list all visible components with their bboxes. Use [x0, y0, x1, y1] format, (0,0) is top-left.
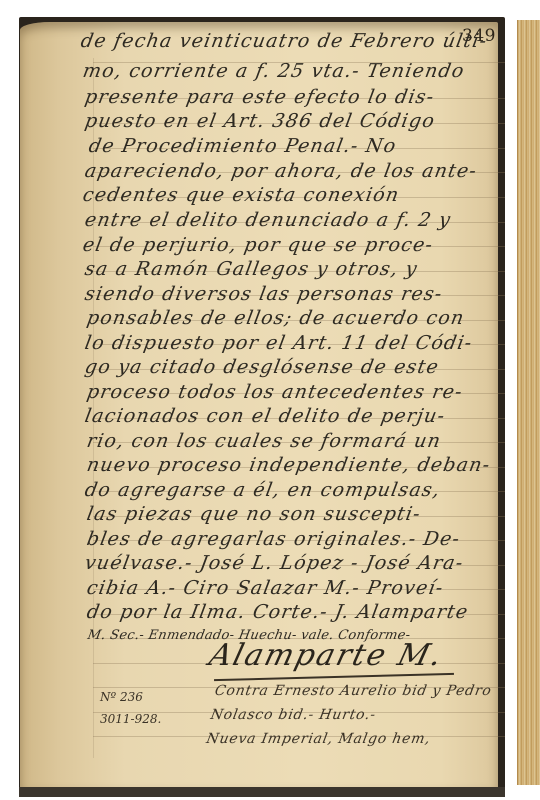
case-description-line: Nueva Imperial, Malgo hem, [204, 731, 485, 755]
book-bottom-edge [19, 787, 505, 797]
case-description-line: Contra Ernesto Aurelio bid y Pedro [212, 683, 493, 707]
case-description: Contra Ernesto Aurelio bid y Pedro Nolas… [204, 683, 493, 755]
case-description-line: Nolasco bid.- Hurto.- [208, 707, 489, 731]
page-edges [517, 20, 540, 785]
case-metadata: Nº 236 3011-928. [100, 690, 161, 734]
signature: Alamparte M. [206, 638, 447, 673]
case-reference: 3011-928. [100, 712, 161, 734]
case-number: Nº 236 [100, 690, 161, 712]
text-line: de fecha veinticuatro de Febrero últi- [77, 30, 489, 64]
